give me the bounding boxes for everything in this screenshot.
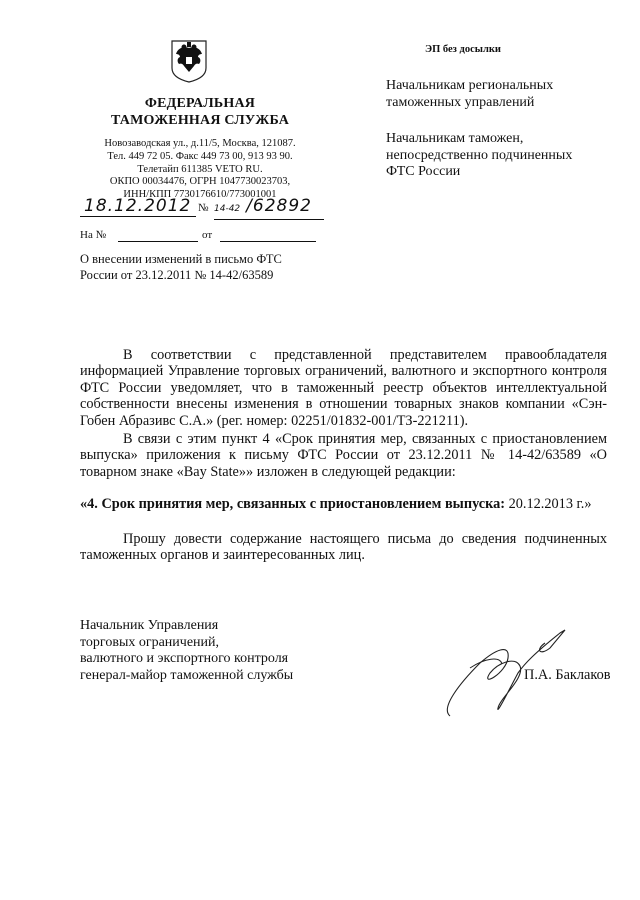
number-label: № <box>198 202 209 214</box>
amendment-text: «4. Срок принятия мер, связанных с приос… <box>80 496 607 513</box>
number-value: /62892 <box>246 196 312 216</box>
letter-number: 14-42/62892 <box>214 197 324 220</box>
signer-name: П.А. Баклаков <box>524 667 610 684</box>
okpo-line: ОКПО 00034476, ОГРН 1047730023703, <box>80 176 320 189</box>
position-line: валютного и экспортного контроля <box>80 651 340 668</box>
recipient-line: ФТС России <box>386 164 616 181</box>
letter-subject: О внесении изменений в письмо ФТС России… <box>80 251 340 283</box>
stamp-note: ЭП без досылки <box>425 44 501 55</box>
body-paragraph: В соответствии с представленной представ… <box>80 347 607 429</box>
subject-line: России от 23.12.2011 № 14-42/63589 <box>80 267 340 283</box>
amendment-label: «4. Срок принятия мер, связанных с приос… <box>80 496 505 512</box>
organization-line: ФЕДЕРАЛЬНАЯ <box>80 95 320 112</box>
recipient-line: Начальникам таможен, <box>386 131 616 148</box>
recipient-block: Начальникам региональных таможенных упра… <box>386 78 616 111</box>
number-prefix: 14-42 <box>214 204 240 214</box>
subject-line: О внесении изменений в письмо ФТС <box>80 251 340 267</box>
teletype-line: Телетайп 611385 VETO RU. <box>80 164 320 177</box>
organization-line: ТАМОЖЕННАЯ СЛУЖБА <box>80 112 320 129</box>
recipient-block: Начальникам таможен, непосредственно под… <box>386 131 616 181</box>
amendment-date: 20.12.2013 г.» <box>505 496 591 512</box>
position-line: генерал-майор таможенной службы <box>80 668 340 685</box>
ref-number-blank <box>118 241 198 242</box>
ref-date-blank <box>220 241 316 242</box>
position-line: Начальник Управления <box>80 618 340 635</box>
ref-date-label: от <box>202 229 212 241</box>
body-paragraph: В связи с этим пункт 4 «Срок принятия ме… <box>80 431 607 480</box>
organization-name: ФЕДЕРАЛЬНАЯ ТАМОЖЕННАЯ СЛУЖБА <box>80 95 320 129</box>
position-line: торговых ограничений, <box>80 635 340 652</box>
registration-line: 18.12.2012 № 14-42/62892 <box>80 197 320 219</box>
recipient-line: таможенных управлений <box>386 95 616 112</box>
organization-address: Новозаводская ул., д.11/5, Москва, 12108… <box>80 138 320 202</box>
recipient-line: Начальникам региональных <box>386 78 616 95</box>
ref-number-label: На № <box>80 229 106 241</box>
phone-line: Тел. 449 72 05. Факс 449 73 00, 913 93 9… <box>80 151 320 164</box>
signer-position: Начальник Управления торговых ограничени… <box>80 618 340 684</box>
recipient-line: непосредственно подчиненных <box>386 148 616 165</box>
letter-date: 18.12.2012 <box>80 197 196 217</box>
address-line: Новозаводская ул., д.11/5, Москва, 12108… <box>80 138 320 151</box>
body-paragraph: Прошу довести содержание настоящего пись… <box>80 531 607 564</box>
reference-line: На № от <box>80 229 330 245</box>
coat-of-arms-icon <box>169 38 209 84</box>
